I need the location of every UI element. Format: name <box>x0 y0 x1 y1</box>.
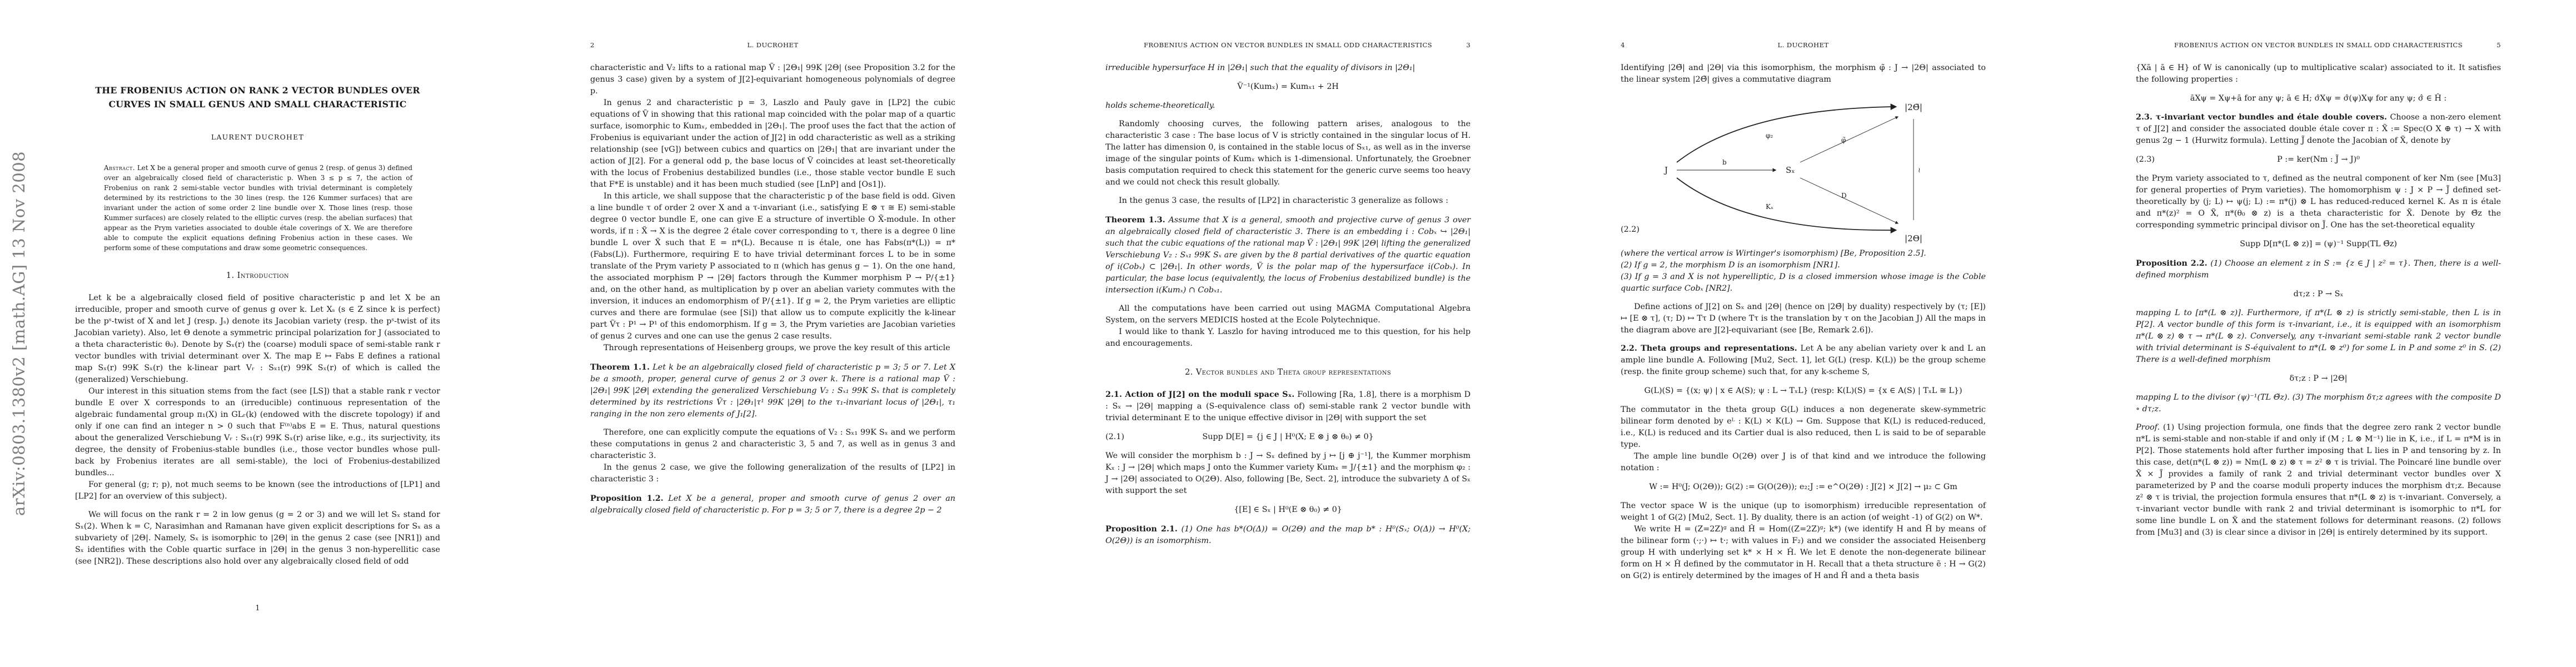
diagram-label-b: b <box>1722 158 1727 166</box>
diagram-label-wirtinger-iso: ≀ <box>1918 166 1921 174</box>
theorem-continuation: irreducible hypersurface H in |2Θ₁| such… <box>1105 62 1471 74</box>
diagram-label-kx: Kₓ <box>1766 203 1773 211</box>
page-3-content: irreducible hypersurface H in |2Θ₁| such… <box>1105 62 1471 547</box>
paper-spread: arXiv:0803.1380v2 [math.AG] 13 Nov 2008 … <box>0 0 2576 667</box>
abstract-text: Let X be a general proper and smooth cur… <box>104 164 412 252</box>
page-1-content: THE FROBENIUS ACTION ON RANK 2 VECTOR BU… <box>75 83 440 568</box>
paragraph: The vector space W is the unique (up to … <box>1621 500 1986 524</box>
theorem: Proposition 2.1. (1) One has b*(O(Δ)) = … <box>1105 524 1471 547</box>
theorem-body: Assume that X is a general, smooth and p… <box>1105 216 1471 295</box>
proof: Proof. (1) Using projection formula, one… <box>2136 422 2501 539</box>
theorem-label: Theorem 1.1. <box>590 363 650 372</box>
paragraph: In the genus 2 case, we give the followi… <box>590 462 955 485</box>
line-group: (where the vertical arrow is Wirtinger's… <box>1621 248 1986 295</box>
header-page-number: 2 <box>590 41 612 49</box>
equation-body: āXψ = Xψ+ā for any ψ; ā ∈ H; σ̂Xψ = σ̂(ψ… <box>2190 94 2447 103</box>
header-running-title: L. DUCROHET <box>1643 41 1964 49</box>
page-2-content: characteristic and V₂ lifts to a rationa… <box>590 62 955 516</box>
equation: Ṽ⁻¹(Kumₓ) = Kumₓ₁ + 2H <box>1105 81 1471 93</box>
equation-body: W := H⁰(J; O(2Θ)); G(2) := G(O(2Θ)); e₂;… <box>1649 482 1957 491</box>
abstract: Abstract. Let X be a general proper and … <box>104 163 412 253</box>
page-3: FROBENIUS ACTION ON VECTOR BUNDLES IN SM… <box>1030 0 1546 667</box>
header-running-title: L. DUCROHET <box>612 41 933 49</box>
equation-tag: (2.2) <box>1621 224 1640 236</box>
page-2: 2 L. DUCROHET characteristic and V₂ lift… <box>515 0 1030 667</box>
equation: āXψ = Xψ+ā for any ψ; ā ∈ H; σ̂Xψ = σ̂(ψ… <box>2136 93 2501 104</box>
diagram-node-J: J <box>1663 165 1668 175</box>
equation: dτ;z : P → Sₓ <box>2136 288 2501 300</box>
page-number-footer: 1 <box>0 604 515 613</box>
paragraph: The commutator in the theta group G(L) i… <box>1621 404 1986 451</box>
equation: G(L)(S) = {(x; ψ) | x ∈ A(S); ψ : L → Tₓ… <box>1621 385 1986 397</box>
theorem: Proposition 1.2. Let X be a general, pro… <box>590 493 955 516</box>
paragraph: We will focus on the rank r = 2 in low g… <box>75 509 440 568</box>
subsection: 2.2. Theta groups and representations. L… <box>1621 343 1986 378</box>
author-name: LAURENT DUCROHET <box>75 131 440 143</box>
paragraph: Identifying |2Θ̃| and |2Θ| via this isom… <box>1621 62 1986 86</box>
title-line: CURVES IN SMALL GENUS AND SMALL CHARACTE… <box>75 97 440 111</box>
paragraph: Through representations of Heisenberg gr… <box>590 342 955 354</box>
equation: δτ;z : P → |2Θ| <box>2136 373 2501 385</box>
equation: {[E] ∈ Sₓ | H⁰(E ⊗ θ₀) ≠ 0} <box>1105 504 1471 516</box>
paragraph: {Xā | ā ∈ H} of W is canonically (up to … <box>2136 62 2501 86</box>
theorem-label: Proposition 1.2. <box>590 494 664 503</box>
line: (where the vertical arrow is Wirtinger's… <box>1621 248 1986 260</box>
theorem-label: Proposition 2.2. <box>2136 259 2208 268</box>
paragraph: I would like to thank Y. Laszlo for havi… <box>1105 326 1471 350</box>
paragraph: All the computations have been carried o… <box>1105 303 1471 326</box>
equation-body: P := ker(Nm : J̃ → J)⁰ <box>2277 155 2360 164</box>
header-page-number-right: 5 <box>2479 41 2501 49</box>
paragraph: the Prym variety associated to τ, define… <box>2136 173 2501 231</box>
diagram-label-D: D <box>1841 192 1847 200</box>
page-5: FROBENIUS ACTION ON VECTOR BUNDLES IN SM… <box>2061 0 2576 667</box>
running-header: 2 L. DUCROHET <box>590 41 955 49</box>
equation-body: Supp D[E] = {j ∈ J | H⁰(X; E ⊗ j ⊗ θ₀) ≠… <box>1202 432 1373 441</box>
paper-title: THE FROBENIUS ACTION ON RANK 2 VECTOR BU… <box>75 83 440 111</box>
running-header: FROBENIUS ACTION ON VECTOR BUNDLES IN SM… <box>2136 41 2501 49</box>
theorem-label: Proposition 2.1. <box>1105 525 1178 534</box>
diagram-svg: J Sₓ |2Θ̃| |2Θ| φ₂ b Kₓ φ̃ D ≀ <box>1648 89 1959 246</box>
paragraph: For general (g; r; p), not much seems to… <box>75 479 440 502</box>
equation: (2.1)Supp D[E] = {j ∈ J | H⁰(X; E ⊗ j ⊗ … <box>1105 431 1471 443</box>
diagram-node-2theta-dual: |2Θ̃| <box>1905 102 1922 112</box>
arxiv-stamp: arXiv:0803.1380v2 [math.AG] 13 Nov 2008 <box>9 151 28 516</box>
page-5-content: {Xā | ā ∈ H} of W is canonically (up to … <box>2136 62 2501 539</box>
equation: (2.3)P := ker(Nm : J̃ → J)⁰ <box>2136 154 2501 166</box>
running-header: 4 L. DUCROHET <box>1621 41 1986 49</box>
paragraph: In the genus 3 case, the results of [LP2… <box>1105 195 1471 207</box>
section-heading: 2. Vector bundles and Theta group repres… <box>1105 366 1471 378</box>
theorem-continuation: holds scheme-theoretically. <box>1105 100 1471 112</box>
diagram-label-phi2: φ₂ <box>1766 132 1773 140</box>
paragraph: Let k be a algebraically closed field of… <box>75 292 440 386</box>
header-running-title: FROBENIUS ACTION ON VECTOR BUNDLES IN SM… <box>1128 41 1448 49</box>
header-page-number-right: 3 <box>1448 41 1471 49</box>
paragraph: In genus 2 and characteristic p = 3, Las… <box>590 97 955 191</box>
paragraph: We write H = (Z=2Z)ᵍ and Ĥ = Hom((Z=2Z)ᵍ… <box>1621 524 1986 582</box>
running-header: FROBENIUS ACTION ON VECTOR BUNDLES IN SM… <box>1105 41 1471 49</box>
line: (3) If g = 3 and X is not hyperelliptic,… <box>1621 271 1986 295</box>
diagram-node-2theta: |2Θ| <box>1905 233 1922 243</box>
paragraph: Our interest in this situation stems fro… <box>75 386 440 479</box>
equation-body: {[E] ∈ Sₓ | H⁰(E ⊗ θ₀) ≠ 0} <box>1234 505 1342 514</box>
edge-kx-curve <box>1677 178 1896 230</box>
page-1: arXiv:0803.1380v2 [math.AG] 13 Nov 2008 … <box>0 0 515 667</box>
equation-tag: (2.1) <box>1105 431 1124 443</box>
paragraph: Therefore, one can explicitly compute th… <box>590 427 955 462</box>
theorem-label: Theorem 1.3. <box>1105 216 1165 225</box>
abstract-label: Abstract. <box>104 164 135 172</box>
paragraph: In this article, we shall suppose that t… <box>590 191 955 342</box>
equation-body: Supp D[π*(L ⊗ z)] = (ψ)⁻¹ Supp(TL Θ̃z) <box>2240 240 2397 248</box>
equation-body: δτ;z : P → |2Θ| <box>2290 374 2348 383</box>
title-line: THE FROBENIUS ACTION ON RANK 2 VECTOR BU… <box>75 83 440 97</box>
theorem: Theorem 1.1. Let k be an algebraically c… <box>590 362 955 420</box>
paragraph: characteristic and V₂ lifts to a rationa… <box>590 62 955 97</box>
subsection-label: 2.1. Action of J[2] on the moduli space … <box>1105 390 1294 399</box>
line: (2) If g = 2, the morphism D is an isomo… <box>1621 260 1986 271</box>
page-4: 4 L. DUCROHET Identifying |2Θ̃| and |2Θ|… <box>1546 0 2061 667</box>
edge-D-arrow <box>1800 178 1898 223</box>
edge-phitilde-arrow <box>1800 117 1898 162</box>
equation: W := H⁰(J; O(2Θ)); G(2) := G(O(2Θ)); e₂;… <box>1621 481 1986 493</box>
theorem: Theorem 1.3. Assume that X is a general,… <box>1105 215 1471 296</box>
header-running-title: FROBENIUS ACTION ON VECTOR BUNDLES IN SM… <box>2158 41 2479 49</box>
paper-screenshot: { "arxiv_stamp": "arXiv:0803.1380v2 [mat… <box>0 0 2576 667</box>
equation-body: G(L)(S) = {(x; ψ) | x ∈ A(S); ψ : L → Tₓ… <box>1644 386 1962 395</box>
proof-text: (1) Using projection formula, one finds … <box>2136 423 2501 537</box>
section-heading: 1. Introduction <box>75 270 440 281</box>
subsection: 2.1. Action of J[2] on the moduli space … <box>1105 389 1471 424</box>
subsection: 2.3. τ-invariant vector bundles and étal… <box>2136 112 2501 147</box>
equation-body: Ṽ⁻¹(Kumₓ) = Kumₓ₁ + 2H <box>1237 82 1339 91</box>
subsection-label: 2.3. τ-invariant vector bundles and étal… <box>2136 113 2387 122</box>
header-page-number: 4 <box>1621 41 1643 49</box>
theorem-continuation: mapping L to [π*(L ⊗ z)]. Furthermore, i… <box>2136 307 2501 366</box>
paragraph: We will consider the morphism b : J → Sₓ… <box>1105 450 1471 497</box>
page-4-content: Identifying |2Θ̃| and |2Θ| via this isom… <box>1621 62 1986 582</box>
theorem: Proposition 2.2. (1) Choose an element z… <box>2136 258 2501 281</box>
commutative-diagram: (2.2) J Sₓ |2Θ̃| |2Θ| φ₂ b Kₓ φ̃ D ≀ <box>1621 89 1986 246</box>
paragraph: The ample line bundle O(2Θ) over J is of… <box>1621 451 1986 474</box>
theorem-continuation: mapping L to the divisor (ψ)⁻¹(TL Θ̃z). … <box>2136 392 2501 415</box>
edge-phi2-curve <box>1677 107 1896 162</box>
subsection-label: 2.2. Theta groups and representations. <box>1621 344 1797 353</box>
equation-body: dτ;z : P → Sₓ <box>2294 290 2344 298</box>
paragraph: Define actions of J[2] on Sₓ and |2Θ| (h… <box>1621 301 1986 336</box>
diagram-node-SX: Sₓ <box>1786 165 1795 175</box>
paragraph: Randomly choosing curves, the following … <box>1105 118 1471 188</box>
equation-tag: (2.3) <box>2136 154 2155 166</box>
diagram-label-phitilde: φ̃ <box>1841 136 1846 144</box>
proof-label: Proof. <box>2136 423 2160 432</box>
equation: Supp D[π*(L ⊗ z)] = (ψ)⁻¹ Supp(TL Θ̃z) <box>2136 238 2501 250</box>
